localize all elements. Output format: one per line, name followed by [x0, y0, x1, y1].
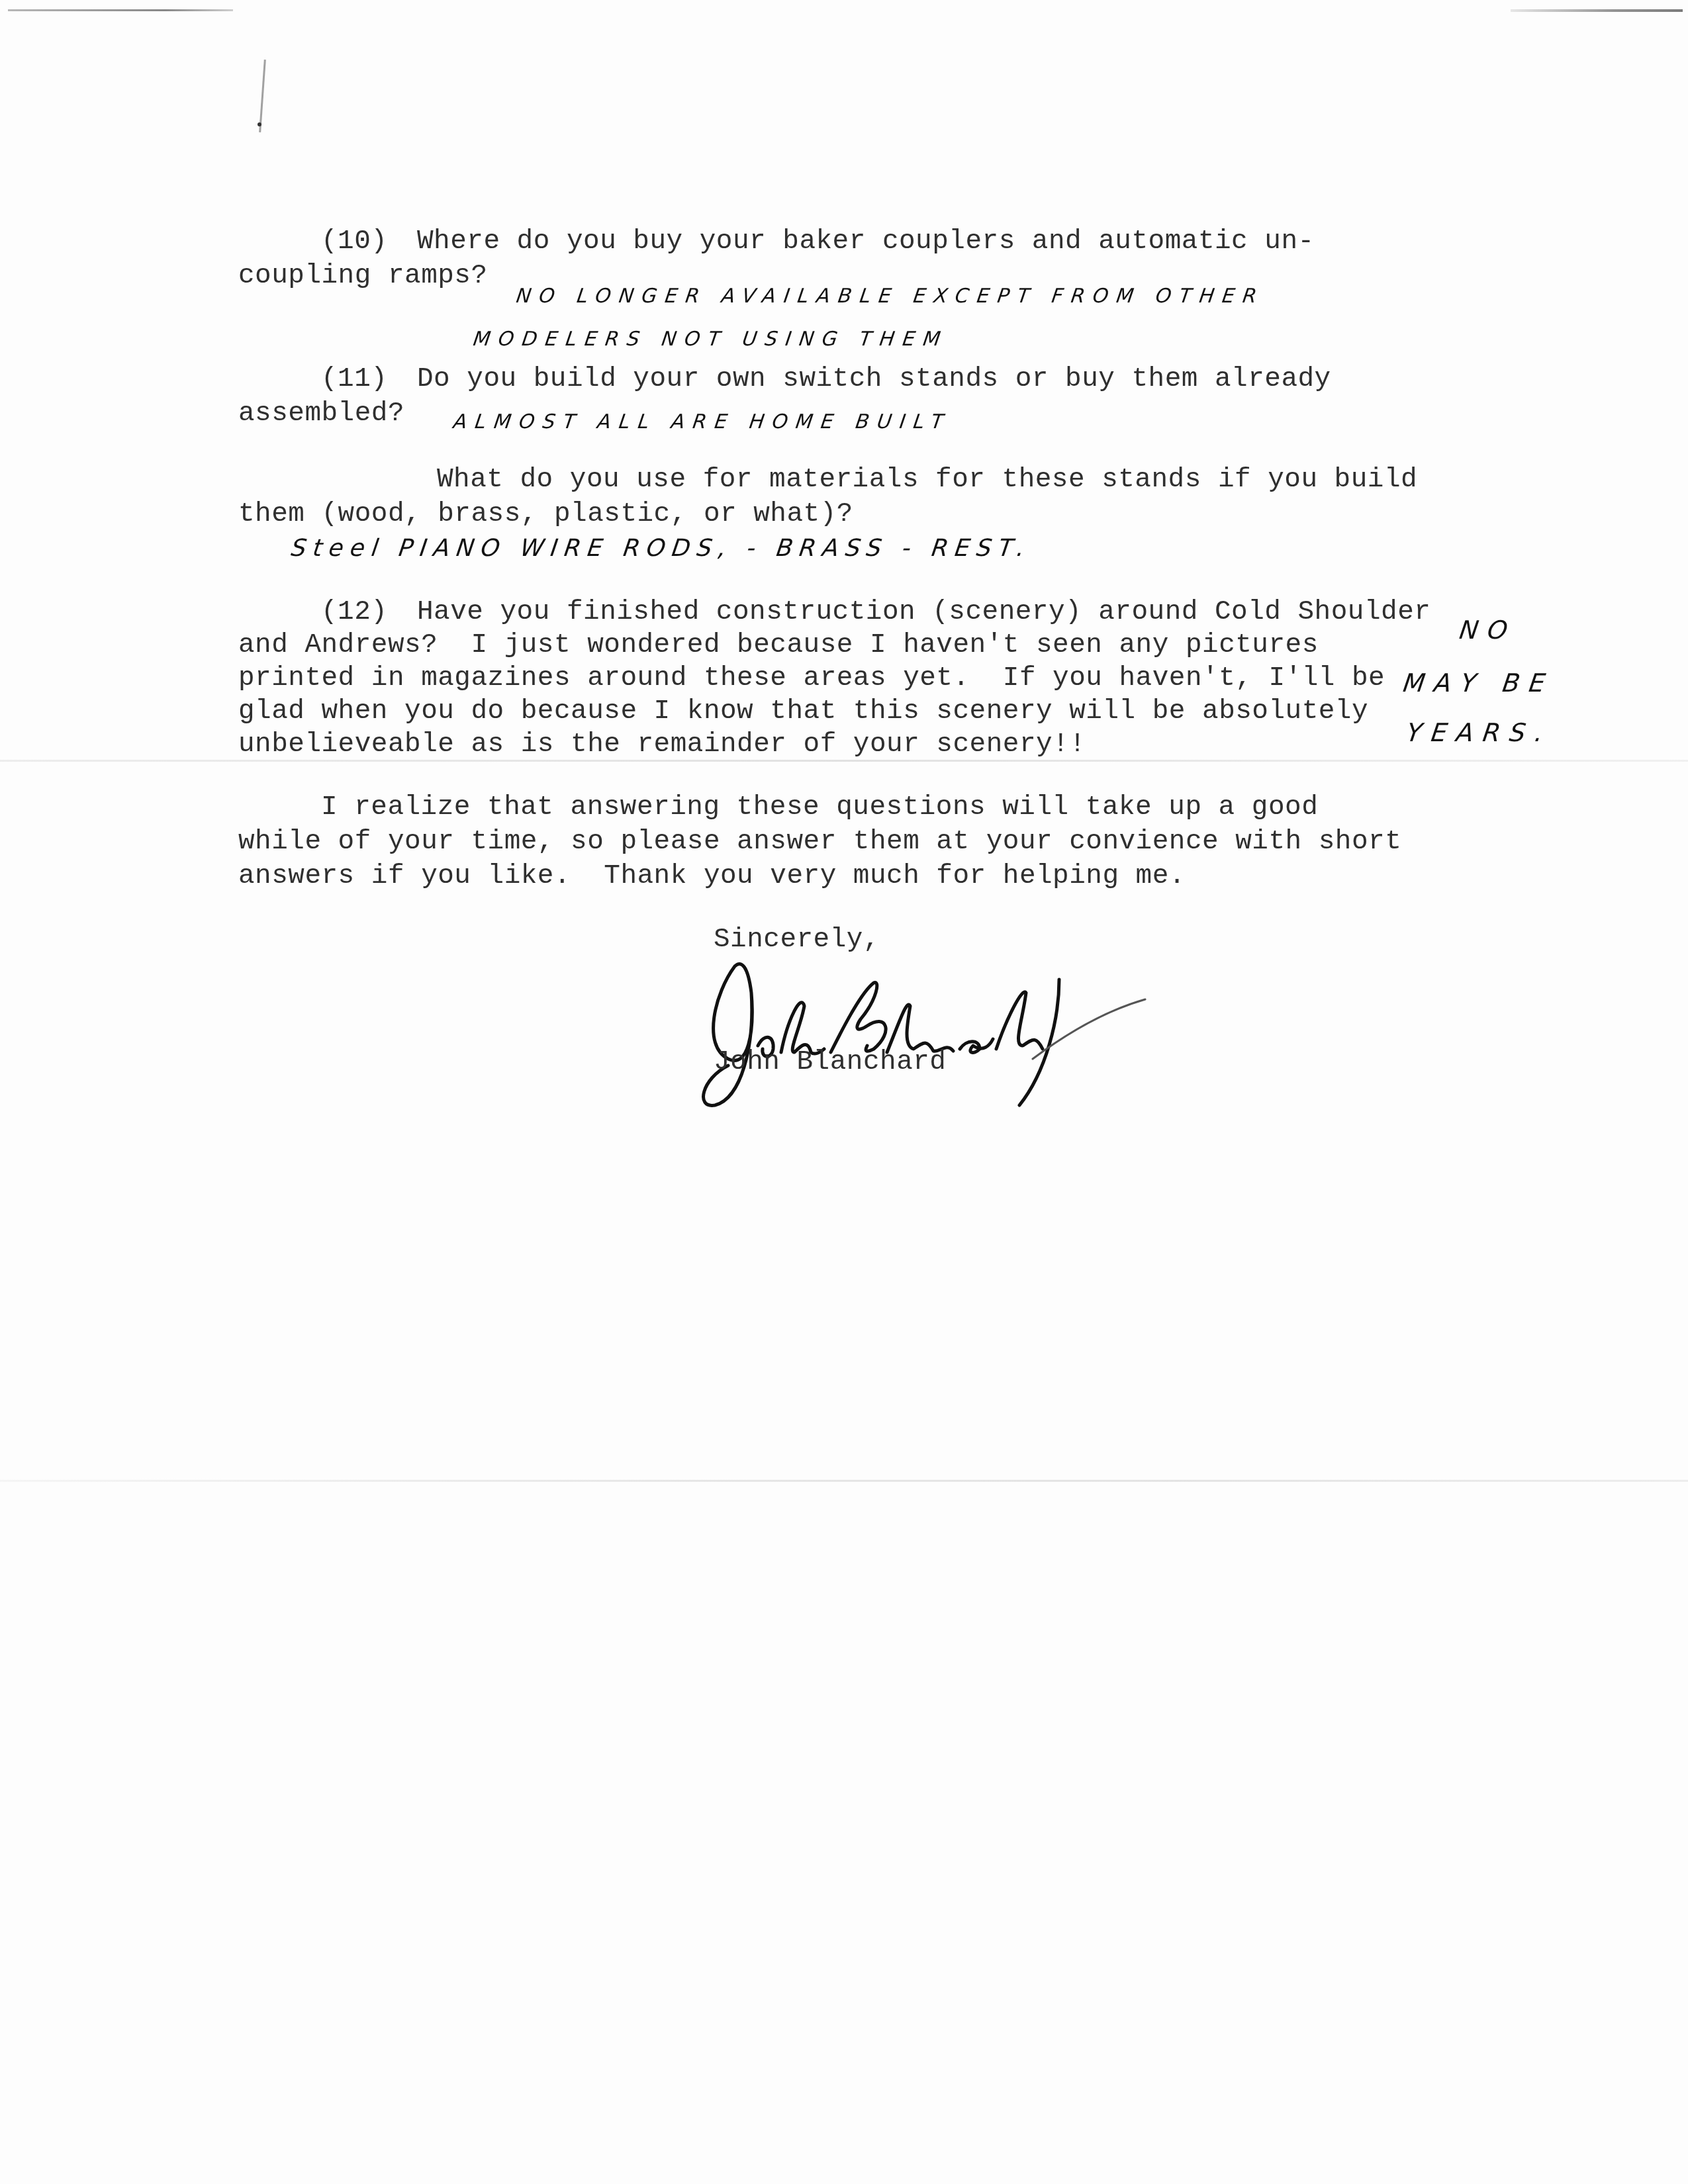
- question-text: and Andrews? I just wondered because I h…: [238, 629, 1319, 662]
- paper-fold-line: [0, 1480, 1688, 1482]
- typed-name: John Blanchard: [714, 1046, 946, 1079]
- question-text: What do you use for materials for these …: [437, 463, 1417, 496]
- handwritten-answer: NO: [1458, 615, 1519, 645]
- scan-edge-mark: [8, 9, 233, 11]
- closing-text: I realize that answering these questions…: [321, 791, 1318, 824]
- closing-text: answers if you like. Thank you very much…: [238, 860, 1186, 893]
- scan-edge-mark: [1511, 9, 1683, 12]
- handwritten-answer: MODELERS NOT USING THEM: [472, 328, 950, 351]
- question-text: coupling ramps?: [238, 259, 488, 293]
- stray-pen-dot: [258, 122, 261, 126]
- question-number: (12): [321, 596, 387, 629]
- question-number: (11): [321, 363, 387, 396]
- handwritten-signature: [688, 953, 1152, 1118]
- handwritten-answer: Steel PIANO WIRE RODS, - BRASS - REST.: [289, 535, 1033, 562]
- question-text: assembled?: [238, 397, 404, 430]
- stray-pen-mark: [259, 60, 266, 132]
- question-text: unbelieveable as is the remainder of you…: [238, 728, 1086, 761]
- question-text: printed in magazines around these areas …: [238, 662, 1385, 695]
- handwritten-answer: NO LONGER AVAILABLE EXCEPT FROM OTHER: [515, 285, 1266, 308]
- handwritten-answer: ALMOST ALL ARE HOME BUILT: [452, 410, 953, 433]
- handwritten-answer: MAY BE: [1401, 668, 1556, 698]
- question-text: Where do you buy your baker couplers and…: [417, 225, 1315, 258]
- question-text: Have you finished construction (scenery)…: [417, 596, 1430, 629]
- salutation: Sincerely,: [714, 923, 880, 956]
- question-text: Do you build your own switch stands or b…: [417, 363, 1331, 396]
- closing-text: while of your time, so please answer the…: [238, 825, 1401, 858]
- question-text: them (wood, brass, plastic, or what)?: [238, 498, 853, 531]
- question-number: (10): [321, 225, 387, 258]
- letter-page: (10) Where do you buy your baker coupler…: [0, 0, 1688, 2184]
- question-text: glad when you do because I know that thi…: [238, 695, 1368, 728]
- handwritten-answer: YEARS.: [1405, 718, 1554, 747]
